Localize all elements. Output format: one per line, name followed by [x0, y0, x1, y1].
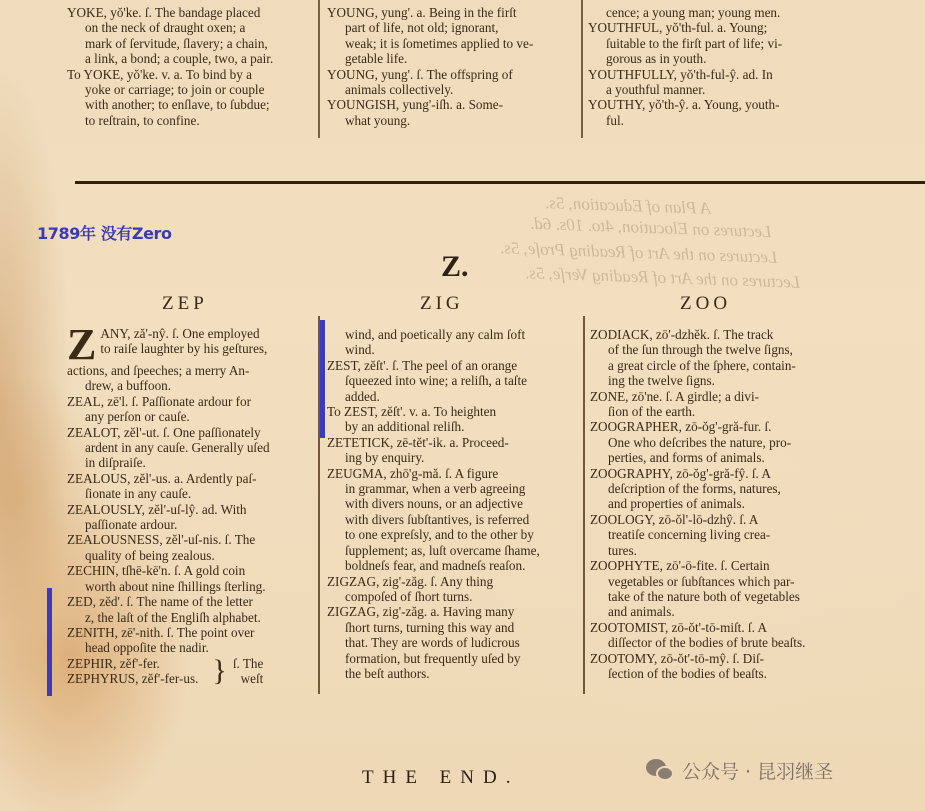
- dictionary-entry: ZED, zĕd'. ſ. The name of the letter z, …: [67, 594, 315, 625]
- entry-line: to raiſe laughter by his geſtures,: [67, 341, 315, 356]
- entry-line: paſſionate ardour.: [67, 517, 315, 532]
- entry-line: with divers nouns, or an adjective: [327, 496, 575, 511]
- wechat-icon: [646, 759, 676, 783]
- entry-line: a youthful manner.: [588, 82, 850, 97]
- entry-line: of the ſun through the twelve ſigns,: [590, 342, 840, 357]
- bleed-through-line: Lectures on Elocution, 4to. 10s. 6d.: [530, 214, 772, 242]
- dictionary-entry: ZOOTOMIST, zō-ŏt'-tō-miſt. ſ. A diſſecto…: [590, 620, 840, 651]
- dictionary-entry: YOUTHFUL, yŏ'th-ful. a. Young; ſuitable …: [588, 20, 850, 66]
- dictionary-entry: ZEALOT, zĕl'-ut. ſ. One paſſionately ard…: [67, 425, 315, 471]
- entry-line: ZEALOUSLY, zĕl'-uſ-lŷ. ad. With: [67, 502, 315, 517]
- entry-line: perties, and forms of animals.: [590, 450, 840, 465]
- entry-line: ZIGZAG, zig'-zăg. a. Having many: [327, 604, 575, 619]
- entry-line: ful.: [588, 113, 850, 128]
- bleed-through-line: Lectures on the Art of Reading Verſe, 5s…: [525, 263, 801, 293]
- highlight-marker-zest: [320, 320, 325, 438]
- entry-line: part of life, not old; ignorant,: [327, 20, 577, 35]
- entry-line: actions, and ſpeeches; a merry An-: [67, 363, 315, 378]
- entry-line: the beſt authors.: [327, 666, 575, 681]
- entry-line: worth about nine ſhillings ſterling.: [67, 579, 315, 594]
- dictionary-entry: ZOOLOGY, zō-ŏl'-lō-dzhŷ. ſ. A treatiſe c…: [590, 512, 840, 558]
- entry-line: ZODIACK, zō'-dzhĕk. ſ. The track: [590, 327, 840, 342]
- entry-line: ZEST, zĕſt'. ſ. The peel of an orange: [327, 358, 575, 373]
- dictionary-entry: To YOKE, yŏ'ke. v. a. To bind by a yoke …: [67, 67, 317, 129]
- entry-line: ardent in any cauſe. Generally uſed: [67, 440, 315, 455]
- entry-line: and properties of animals.: [590, 496, 840, 511]
- entry-line: by an additional reliſh.: [327, 419, 575, 434]
- guide-word-zoo: ZOO: [680, 293, 731, 315]
- entry-line: ZEALOUS, zĕl'-us. a. Ardently paſ-: [67, 471, 315, 486]
- dictionary-entry: ZODIACK, zō'-dzhĕk. ſ. The track of the …: [590, 327, 840, 389]
- entry-line: YOUNG, yung'. a. Being in the firſt: [327, 5, 577, 20]
- entry-line: formation, but frequently uſed by: [327, 651, 575, 666]
- entry-line: ZEPHYRUS, zĕf'-fer-us.: [67, 671, 198, 686]
- entry-line: ANY, ză'-nŷ. ſ. One employed: [67, 326, 315, 341]
- entry-line: ZEUGMA, zhō'g-mă. ſ. A figure: [327, 466, 575, 481]
- entry-line: ZED, zĕd'. ſ. The name of the letter: [67, 594, 315, 609]
- entry-line: ZOOLOGY, zō-ŏl'-lō-dzhŷ. ſ. A: [590, 512, 840, 527]
- dictionary-entry: YOKE, yŏ'ke. ſ. The bandage placed on th…: [67, 5, 317, 67]
- entry-line: any perſon or cauſe.: [67, 409, 315, 424]
- entry-line: ZOOGRAPHER, zō-ŏg'-gră-fur. ſ.: [590, 419, 840, 434]
- entry-line: ſion of the earth.: [590, 404, 840, 419]
- entry-line: with another; to enſlave, to ſubdue;: [67, 97, 317, 112]
- entry-line: ſhort turns, turning this way and: [327, 620, 575, 635]
- dictionary-entry: ZEALOUSNESS, zĕl'-uſ-nis. ſ. The quality…: [67, 532, 315, 563]
- annotation-label: 1789年 没有Zero: [37, 221, 172, 244]
- entry-line: in grammar, when a verb agreeing: [327, 481, 575, 496]
- entry-line: deſcription of the forms, natures,: [590, 481, 840, 496]
- entry-line: ZEALOT, zĕl'-ut. ſ. One paſſionately: [67, 425, 315, 440]
- entry-line: and animals.: [590, 604, 840, 619]
- zephir-definition: ſ. The weſt: [233, 656, 264, 687]
- column-divider: [318, 0, 320, 138]
- entry-line: wind.: [327, 342, 575, 357]
- dictionary-entry: To ZEST, zĕſt'. v. a. To heighten by an …: [327, 404, 575, 435]
- entry-line: YOUTHFUL, yŏ'th-ful. a. Young;: [588, 20, 850, 35]
- end-text: THE END.: [362, 767, 519, 789]
- zephir-headwords: ZEPHIR, zĕf'-fer. ZEPHYRUS, zĕf'-fer-us.: [67, 656, 198, 687]
- entry-line: ZOOPHYTE, zō'-ō-fite. ſ. Certain: [590, 558, 840, 573]
- dictionary-entry: ZEAL, zē'l. ſ. Paſſionate ardour for any…: [67, 394, 315, 425]
- entry-line: z, the laſt of the Engliſh alphabet.: [67, 610, 315, 625]
- dictionary-entry: YOUNG, yung'. a. Being in the firſt part…: [327, 5, 577, 67]
- dictionary-entry: ZIGZAG, zig'-zăg. a. Having many ſhort t…: [327, 604, 575, 681]
- entry-line: ZEAL, zē'l. ſ. Paſſionate ardour for: [67, 394, 315, 409]
- entry-line: tures.: [590, 543, 840, 558]
- column-zoo: ZODIACK, zō'-dzhĕk. ſ. The track of the …: [590, 327, 840, 681]
- entry-line: ſionate in any cauſe.: [67, 486, 315, 501]
- dictionary-entry: YOUNGISH, yung'-iſh. a. Some- what young…: [327, 97, 577, 128]
- dictionary-entry: YOUNG, yung'. ſ. The offspring of animal…: [327, 67, 577, 98]
- entry-line: ZEALOUSNESS, zĕl'-uſ-nis. ſ. The: [67, 532, 315, 547]
- entry-line: animals collectively.: [327, 82, 577, 97]
- dictionary-entry: ZECHIN, tſhē-kē'n. ſ. A gold coin worth …: [67, 563, 315, 594]
- entry-line: ing the twelve ſigns.: [590, 373, 840, 388]
- dictionary-entry-zany: Z ANY, ză'-nŷ. ſ. One employed to raiſe …: [67, 326, 315, 394]
- entry-line: YOKE, yŏ'ke. ſ. The bandage placed: [67, 5, 317, 20]
- top-column-2: YOUNG, yung'. a. Being in the firſt part…: [327, 5, 577, 128]
- entry-line: with divers ſubſtantives, is referred: [327, 512, 575, 527]
- entry-line: that. They are words of ludicrous: [327, 635, 575, 650]
- entry-line: ZIGZAG, zig'-zăg. ſ. Any thing: [327, 574, 575, 589]
- entry-line: to one expreſsly, and to the other by: [327, 527, 575, 542]
- entry-line: ZONE, zō'ne. ſ. A girdle; a divi-: [590, 389, 840, 404]
- entry-line: ZETETICK, zē-tĕt'-ik. a. Proceed-: [327, 435, 575, 450]
- entry-line: compoſed of ſhort turns.: [327, 589, 575, 604]
- entry-line: added.: [327, 389, 575, 404]
- entry-line: cence; a young man; young men.: [588, 5, 850, 20]
- dictionary-entry: ZIGZAG, zig'-zăg. ſ. Any thing compoſed …: [327, 574, 575, 605]
- entry-line: ZENITH, zē'-nith. ſ. The point over: [67, 625, 315, 640]
- watermark: 公众号 · 昆羽继圣: [646, 757, 833, 784]
- dictionary-page: A Plan of Education, 5s. Lectures on Elo…: [0, 0, 925, 811]
- dictionary-entry: ZENITH, zē'-nith. ſ. The point over head…: [67, 625, 315, 656]
- dictionary-entry: ZEALOUS, zĕl'-us. a. Ardently paſ- ſiona…: [67, 471, 315, 502]
- dictionary-entry-zephir: ZEPHIR, zĕf'-fer. ZEPHYRUS, zĕf'-fer-us.…: [67, 656, 315, 687]
- entry-line: ſqueezed into wine; a reliſh, a taſte: [327, 373, 575, 388]
- entry-line: what young.: [327, 113, 577, 128]
- dictionary-entry: ZETETICK, zē-tĕt'-ik. a. Proceed- ing by…: [327, 435, 575, 466]
- column-divider: [581, 0, 583, 138]
- entry-line: quality of being zealous.: [67, 548, 315, 563]
- entry-line: diſſector of the bodies of brute beaſts.: [590, 635, 840, 650]
- drop-cap: Z: [67, 327, 96, 363]
- entry-line: One who deſcribes the nature, pro-: [590, 435, 840, 450]
- entry-line: To YOKE, yŏ'ke. v. a. To bind by a: [67, 67, 317, 82]
- entry-line: boldneſs fear, and madneſs reaſon.: [327, 558, 575, 573]
- entry-line: wind, and poetically any calm ſoft: [327, 327, 575, 342]
- entry-line: head oppoſite the nadir.: [67, 640, 315, 655]
- entry-line: To ZEST, zĕſt'. v. a. To heighten: [327, 404, 575, 419]
- watermark-text: 公众号 · 昆羽继圣: [682, 757, 833, 784]
- guide-word-zig: ZIG: [420, 293, 464, 315]
- dictionary-entry: YOUTHFULLY, yŏ'th-ful-ŷ. ad. In a youthf…: [588, 67, 850, 98]
- entry-line: vegetables or ſubſtances which par-: [590, 574, 840, 589]
- entry-line: ſuitable to the firſt part of life; vi-: [588, 36, 850, 51]
- entry-line: mark of ſervitude, ſlavery; a chain,: [67, 36, 317, 51]
- entry-line: YOUNGISH, yung'-iſh. a. Some-: [327, 97, 577, 112]
- top-column-1: YOKE, yŏ'ke. ſ. The bandage placed on th…: [67, 5, 317, 128]
- entry-line: treatiſe concerning living crea-: [590, 527, 840, 542]
- entry-line: weak; it is ſometimes applied to ve-: [327, 36, 577, 51]
- section-rule: [75, 181, 925, 184]
- entry-line: to reſtrain, to confine.: [67, 113, 317, 128]
- top-column-3: cence; a young man; young men. YOUTHFUL,…: [588, 5, 850, 128]
- dictionary-entry: cence; a young man; young men.: [588, 5, 850, 20]
- entry-line: a link, a bond; a couple, two, a pair.: [67, 51, 317, 66]
- section-letter: Z.: [441, 250, 469, 284]
- entry-line: getable life.: [327, 51, 577, 66]
- dictionary-entry: YOUTHY, yŏ'th-ŷ. a. Young, youth- ful.: [588, 97, 850, 128]
- dictionary-entry: ZEST, zĕſt'. ſ. The peel of an orange ſq…: [327, 358, 575, 404]
- entry-line: ing by enquiry.: [327, 450, 575, 465]
- column-zig: wind, and poetically any calm ſoft wind.…: [327, 327, 575, 681]
- entry-line: in diſpraiſe.: [67, 455, 315, 470]
- highlight-marker-zed: [47, 588, 52, 696]
- dictionary-entry: ZOOGRAPHY, zō-ŏg'-gră-fŷ. ſ. A deſcripti…: [590, 466, 840, 512]
- entry-line: YOUTHY, yŏ'th-ŷ. a. Young, youth-: [588, 97, 850, 112]
- entry-line: ZECHIN, tſhē-kē'n. ſ. A gold coin: [67, 563, 315, 578]
- entry-line: YOUTHFULLY, yŏ'th-ful-ŷ. ad. In: [588, 67, 850, 82]
- entry-line: ſection of the bodies of beaſts.: [590, 666, 840, 681]
- dictionary-entry-continuation: wind, and poetically any calm ſoft wind.: [327, 327, 575, 358]
- guide-word-zep: ZEP: [162, 293, 208, 315]
- column-divider: [583, 316, 585, 694]
- dictionary-entry: ZEALOUSLY, zĕl'-uſ-lŷ. ad. With paſſiona…: [67, 502, 315, 533]
- dictionary-entry: ZOOTOMY, zō-ŏt'-tō-mŷ. ſ. Diſ- ſection o…: [590, 651, 840, 682]
- entry-line: gorous as in youth.: [588, 51, 850, 66]
- dictionary-entry: ZOOGRAPHER, zō-ŏg'-gră-fur. ſ. One who d…: [590, 419, 840, 465]
- entry-line: a great circle of the ſphere, contain-: [590, 358, 840, 373]
- entry-line: weſt: [233, 671, 264, 686]
- entry-line: ZOOTOMIST, zō-ŏt'-tō-miſt. ſ. A: [590, 620, 840, 635]
- entry-line: ZOOTOMY, zō-ŏt'-tō-mŷ. ſ. Diſ-: [590, 651, 840, 666]
- entry-line: YOUNG, yung'. ſ. The offspring of: [327, 67, 577, 82]
- entry-line: ZEPHIR, zĕf'-fer.: [67, 656, 198, 671]
- dictionary-entry: ZONE, zō'ne. ſ. A girdle; a divi- ſion o…: [590, 389, 840, 420]
- entry-line: drew, a buffoon.: [67, 378, 315, 393]
- entry-line: ſupplement; as, luſt overcame ſhame,: [327, 543, 575, 558]
- column-zep: Z ANY, ză'-nŷ. ſ. One employed to raiſe …: [67, 326, 315, 687]
- entry-line: on the neck of draught oxen; a: [67, 20, 317, 35]
- entry-line: ZOOGRAPHY, zō-ŏg'-gră-fŷ. ſ. A: [590, 466, 840, 481]
- entry-line: yoke or carriage; to join or couple: [67, 82, 317, 97]
- entry-line: ſ. The: [233, 656, 264, 671]
- brace-glyph: }: [212, 657, 226, 685]
- dictionary-entry: ZEUGMA, zhō'g-mă. ſ. A figure in grammar…: [327, 466, 575, 574]
- entry-line: take of the nature both of vegetables: [590, 589, 840, 604]
- dictionary-entry: ZOOPHYTE, zō'-ō-fite. ſ. Certain vegetab…: [590, 558, 840, 620]
